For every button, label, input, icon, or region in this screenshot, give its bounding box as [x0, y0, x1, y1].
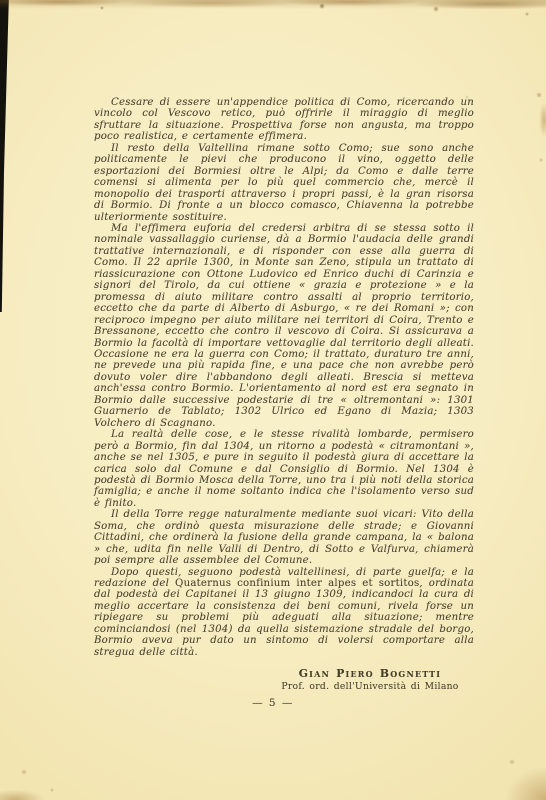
author-name: Gian Piero Bognetti — [266, 668, 474, 679]
paragraph-4: La realtà delle cose, e le stesse rivali… — [94, 429, 474, 509]
page-number: — 5 — — [0, 697, 546, 709]
scan-edge-shadow — [0, 0, 10, 312]
page-text-block: Cessare di essere un'appendice politica … — [94, 97, 474, 692]
paragraph-6: Dopo questi, seguono podestà valtellines… — [94, 567, 474, 659]
latin-phrase: Quaternus confinium inter alpes et sorti… — [175, 578, 419, 589]
scanned-book-page: Cessare di essere un'appendice politica … — [0, 0, 546, 800]
author-title: Prof. ord. dell'Università di Milano — [266, 681, 474, 692]
signature-block: Gian Piero Bognetti Prof. ord. dell'Univ… — [266, 668, 474, 692]
paragraph-5: Il della Torre regge naturalmente median… — [94, 509, 474, 566]
paragraph-6-tail: , ordinata dal podestà dei Capitanei il … — [94, 578, 474, 658]
paragraph-1: Cessare di essere un'appendice politica … — [94, 97, 474, 143]
paragraph-3: Ma l'effimera euforia del credersi arbit… — [94, 223, 474, 429]
paragraph-2: Il resto della Valtellina rimane sotto C… — [94, 143, 474, 223]
